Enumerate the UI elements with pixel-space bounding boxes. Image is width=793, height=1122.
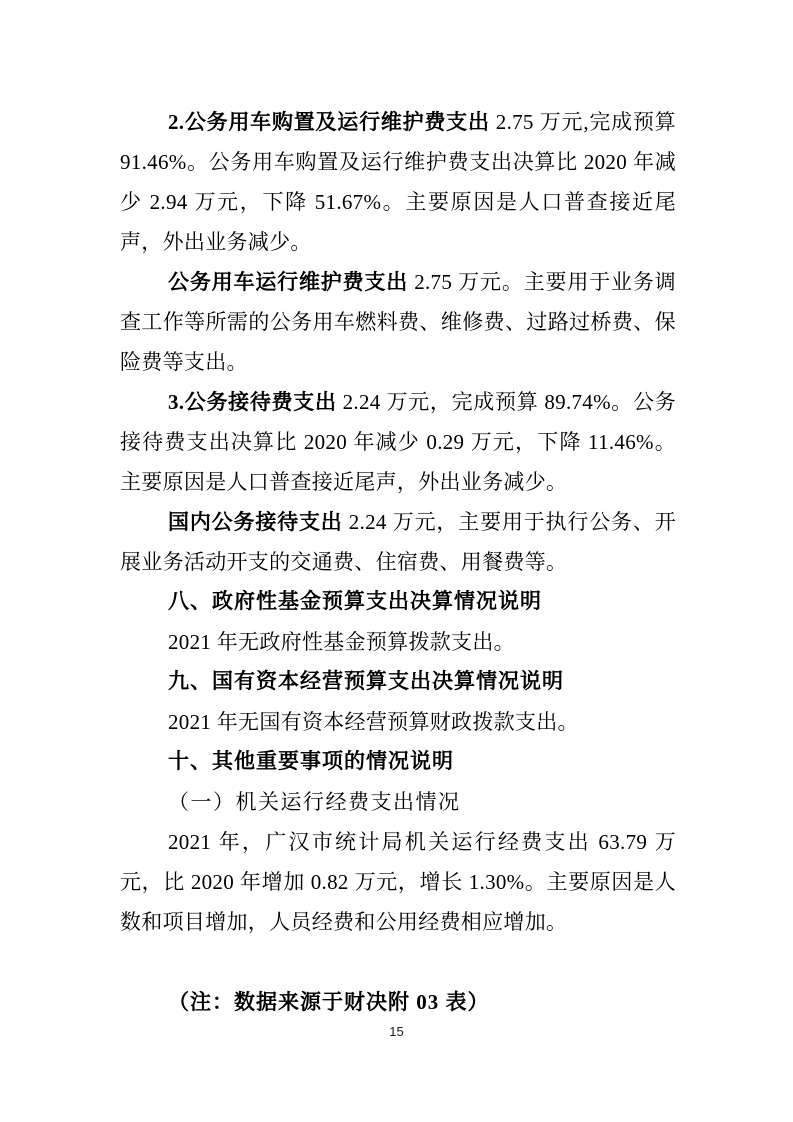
section-heading-10-other-matters: 十、其他重要事项的情况说明 [120,742,676,782]
paragraph-domestic-reception: 国内公务接待支出 2.24 万元，主要用于执行公务、开展业务活动开支的交通费、住… [120,502,676,582]
data-source-note: （注：数据来源于财决附 03 表） [120,982,676,1022]
paragraph-bold-lead: 2.公务用车购置及运行维护费支出 [168,110,490,134]
section-heading-8-government-funds: 八、政府性基金预算支出决算情况说明 [120,582,676,622]
paragraph-vehicle-maintenance: 公务用车运行维护费支出 2.75 万元。主要用于业务调查工作等所需的公务用车燃料… [120,262,676,382]
page-number: 15 [0,1024,793,1040]
paragraph-bold-lead: 3.公务接待费支出 [168,390,337,414]
paragraph-bold-lead: 国内公务接待支出 [168,510,343,534]
paragraph-bold-lead: 公务用车运行维护费支出 [168,270,408,294]
section-heading-9-state-capital: 九、国有资本经营预算支出决算情况说明 [120,662,676,702]
paragraph-reception-expense: 3.公务接待费支出 2.24 万元，完成预算 89.74%。公务接待费支出决算比… [120,382,676,502]
paragraph-section8-body: 2021 年无政府性基金预算拨款支出。 [120,622,676,662]
subheading-operating-funds: （一）机关运行经费支出情况 [120,782,676,822]
document-page: 2.公务用车购置及运行维护费支出 2.75 万元,完成预算 91.46%。公务用… [0,0,793,1122]
paragraph-operating-funds-body: 2021 年，广汉市统计局机关运行经费支出 63.79 万元，比 2020 年增… [120,822,676,942]
paragraph-vehicle-purchase-and-maintenance: 2.公务用车购置及运行维护费支出 2.75 万元,完成预算 91.46%。公务用… [120,102,676,262]
paragraph-section9-body: 2021 年无国有资本经营预算财政拨款支出。 [120,702,676,742]
page-content: 2.公务用车购置及运行维护费支出 2.75 万元,完成预算 91.46%。公务用… [120,102,676,1022]
